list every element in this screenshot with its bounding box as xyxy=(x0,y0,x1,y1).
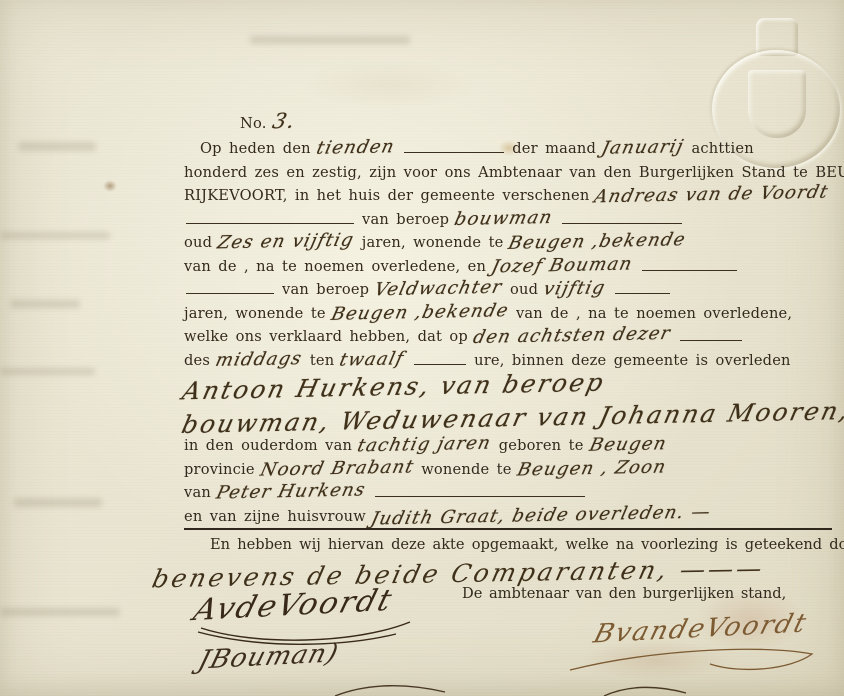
printed-text: wonende te xyxy=(421,461,511,478)
handwritten-text: Jozef Bouman xyxy=(489,252,635,278)
signature-text: AvdeVoordt xyxy=(190,583,398,628)
act-line: Op heden dentiendender maandJanuarijacht… xyxy=(184,136,832,160)
handwritten-text: Antoon Hurkens, van beroep xyxy=(179,367,608,407)
act-line: bouwman, Weduwenaar van Johanna Mooren, xyxy=(184,402,832,433)
act-line: van de , na te noemen overledene, enJoze… xyxy=(184,254,832,278)
filler-rule xyxy=(186,212,354,224)
act-body: No.3.Op heden dentiendender maandJanuari… xyxy=(184,108,832,527)
printed-text: provincie xyxy=(184,461,255,478)
printed-text: honderd zes en zestig, zijn voor ons Amb… xyxy=(184,164,844,181)
separator-rule xyxy=(184,528,832,530)
handwritten-text: Veldwachter xyxy=(372,276,505,302)
handwritten-text: Januarij xyxy=(599,135,686,160)
handwritten-text: Andreas van de Voordt xyxy=(592,181,831,209)
filler-rule xyxy=(642,259,737,271)
printed-text: en van zijne huisvrouw xyxy=(184,508,366,525)
printed-text: in den ouderdom van xyxy=(184,437,352,454)
printed-text: RIJKEVOORT, in het huis der gemeente ver… xyxy=(184,187,589,204)
handwritten-text: Beugen ,bekende xyxy=(329,299,511,326)
printed-text: van de , na te noemen overledene, xyxy=(516,305,792,322)
act-line: jaren, wonende teBeugen ,bekendevan de ,… xyxy=(184,301,832,325)
paper-stain xyxy=(103,180,117,192)
printed-text: oud xyxy=(510,281,538,298)
printed-text: ure, binnen deze gemeente is overleden xyxy=(474,352,791,369)
handwritten-text: bouwman xyxy=(452,205,555,231)
filler-rule xyxy=(186,282,274,294)
cut-off-stroke xyxy=(330,682,450,696)
handwritten-text: tachtig jaren xyxy=(355,432,494,458)
act-line: desmiddagstentwaalfure, binnen deze geme… xyxy=(184,348,832,372)
bleed-through-mark xyxy=(14,498,102,507)
printed-text: Op heden den xyxy=(200,140,311,157)
printed-text: des xyxy=(184,352,210,369)
signature-text: JBouman) xyxy=(195,638,342,675)
signature-declarant-2: JBouman) xyxy=(200,642,337,672)
document-page: No.3.Op heden dentiendender maandJanuari… xyxy=(0,0,844,696)
handwritten-text: Beugen xyxy=(587,432,669,457)
printed-text: geboren te xyxy=(499,437,584,454)
bleed-through-mark xyxy=(0,232,110,239)
closing-section: En hebben wij hiervan deze akte opgemaak… xyxy=(184,528,834,588)
filler-rule xyxy=(680,329,742,341)
filler-rule xyxy=(615,282,670,294)
signature-text: BvandeVoordt xyxy=(590,609,811,650)
act-line: honderd zes en zestig, zijn voor ons Amb… xyxy=(184,160,832,184)
act-line: van beroepbouwman xyxy=(184,207,832,231)
handwritten-text: Zes en vijftig xyxy=(215,229,357,255)
handwritten-text: den achtsten dezer xyxy=(471,322,673,350)
act-line: en van zijne huisvrouwJudith Graat, beid… xyxy=(184,504,832,528)
printed-text: van xyxy=(184,484,211,501)
handwritten-text: Noord Brabant xyxy=(258,455,417,482)
act-line: welke ons verklaard hebben, dat opden ac… xyxy=(184,324,832,348)
handwritten-text: Judith Graat, beide overleden. — xyxy=(368,500,713,531)
printed-text: der maand xyxy=(512,140,596,157)
printed-text: van de , na te noemen overledene, en xyxy=(184,258,486,275)
handwritten-text: vijftig xyxy=(541,276,608,301)
bleed-through-mark xyxy=(0,368,95,375)
printed-text: van beroep xyxy=(362,211,449,228)
bleed-through-mark xyxy=(18,142,96,151)
cut-off-stroke xyxy=(600,684,690,696)
signature-official: BvandeVoordt xyxy=(596,614,805,644)
printed-text: No. xyxy=(240,115,267,132)
handwritten-text: Beugen , Zoon xyxy=(515,455,669,482)
act-line: oudZes en vijftigjaren, wonende teBeugen… xyxy=(184,230,832,254)
act-line: RIJKEVOORT, in het huis der gemeente ver… xyxy=(184,183,832,207)
filler-rule xyxy=(562,212,682,224)
printed-text: ten xyxy=(310,352,335,369)
act-line: No.3. xyxy=(184,108,832,134)
printed-text: welke ons verklaard hebben, dat op xyxy=(184,328,468,345)
handwritten-text: 3. xyxy=(270,108,298,134)
handwritten-text: Peter Hurkens xyxy=(214,478,368,505)
signature-declarant-1: AvdeVoordt xyxy=(196,588,391,623)
handwritten-text: twaalf xyxy=(338,347,407,372)
paper-stain xyxy=(300,60,480,110)
filler-rule xyxy=(414,353,466,365)
handwritten-text: tienden xyxy=(314,135,397,160)
closing-printed-text: En hebben wij hiervan deze akte opgemaak… xyxy=(184,536,834,553)
bleed-through-mark xyxy=(0,608,120,616)
printed-text: jaren, wonende te xyxy=(362,234,504,251)
act-line: provincieNoord Brabantwonende teBeugen ,… xyxy=(184,457,832,481)
act-line: van beroepVeldwachteroudvijftig xyxy=(184,277,832,301)
printed-text: oud xyxy=(184,234,212,251)
bleed-through-mark xyxy=(10,300,80,308)
handwritten-text: middags xyxy=(213,347,305,372)
bleed-through-mark xyxy=(250,36,410,44)
handwritten-text: Beugen ,bekende xyxy=(506,228,688,255)
filler-rule xyxy=(375,485,585,497)
printed-text: achttien xyxy=(691,140,753,157)
official-title: De ambtenaar van den burgerlijken stand, xyxy=(462,585,786,602)
act-line: vanPeter Hurkens xyxy=(184,480,832,504)
printed-text: van beroep xyxy=(282,281,369,298)
printed-text: jaren, wonende te xyxy=(184,305,326,322)
filler-rule xyxy=(404,141,504,153)
